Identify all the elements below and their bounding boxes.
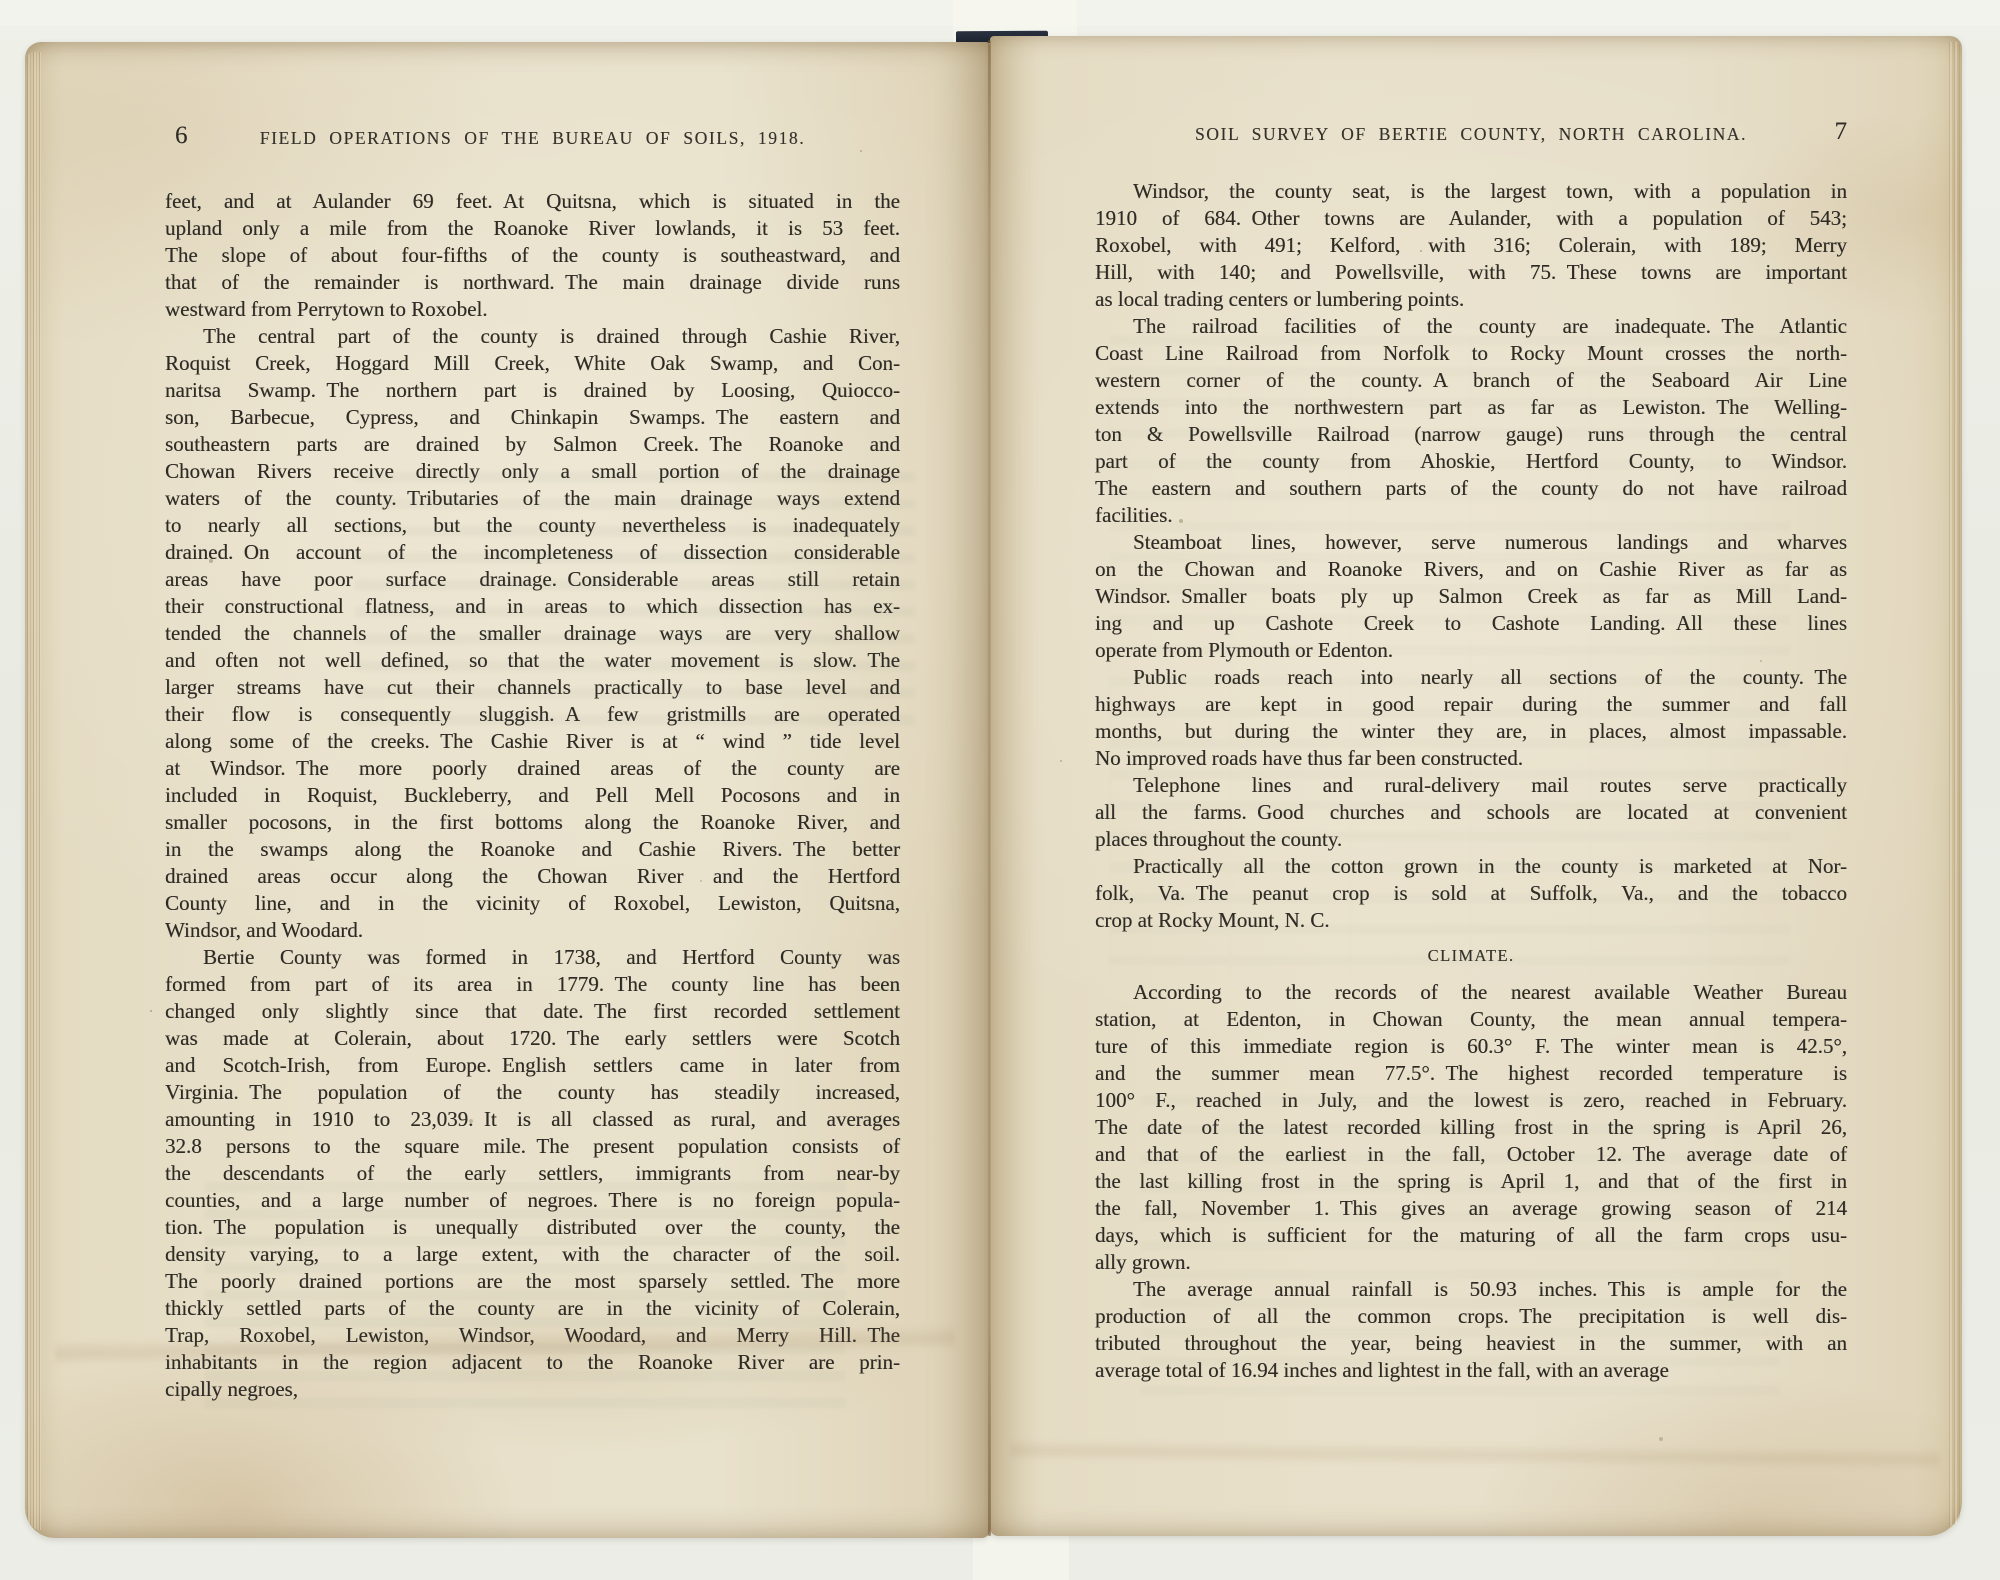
- text-line: counties, and a large number of negroes.…: [165, 1187, 900, 1214]
- text-line: County line, and in the vicinity of Roxo…: [165, 890, 900, 917]
- paragraph: The central part of the county is draine…: [165, 323, 900, 944]
- text-line: inhabitants in the region adjacent to th…: [165, 1349, 900, 1376]
- text-line: and Scotch-Irish, from Europe. English s…: [165, 1052, 900, 1079]
- text-line: as local trading centers or lumbering po…: [1095, 286, 1847, 313]
- text-line: ally grown.: [1095, 1249, 1847, 1276]
- text-line: at Windsor. The more poorly drained area…: [165, 755, 900, 782]
- text-line: months, but during the winter they are, …: [1095, 718, 1847, 745]
- text-line: days, which is sufficient for the maturi…: [1095, 1222, 1847, 1249]
- text-line: thickly settled parts of the county are …: [165, 1295, 900, 1322]
- text-line: drained areas occur along the Chowan Riv…: [165, 863, 900, 890]
- text-line: upland only a mile from the Roanoke Rive…: [165, 215, 900, 242]
- text-line: to nearly all sections, but the county n…: [165, 512, 900, 539]
- text-line: Hill, with 140; and Powellsville, with 7…: [1095, 259, 1847, 286]
- page-right-body: Windsor, the county seat, is the largest…: [1095, 178, 1847, 1384]
- page-number-right: 7: [1835, 118, 1848, 146]
- text-line: feet, and at Aulander 69 feet. At Quitsn…: [165, 188, 900, 215]
- text-line: Chowan Rivers receive directly only a sm…: [165, 458, 900, 485]
- paragraph: Practically all the cotton grown in the …: [1095, 853, 1847, 934]
- text-line: in the swamps along the Roanoke and Cash…: [165, 836, 900, 863]
- running-head-right: SOIL SURVEY OF BERTIE COUNTY, NORTH CARO…: [1095, 124, 1847, 154]
- text-line: western corner of the county. A branch o…: [1095, 367, 1847, 394]
- text-line: ing and up Cashote Creek to Cashote Land…: [1095, 610, 1847, 637]
- text-line: and often not well defined, so that the …: [165, 647, 900, 674]
- text-line: The slope of about four-fifths of the co…: [165, 242, 900, 269]
- running-head-title-right: SOIL SURVEY OF BERTIE COUNTY, NORTH CARO…: [1095, 124, 1847, 145]
- text-line: areas have poor surface drainage. Consid…: [165, 566, 900, 593]
- text-line: that of the remainder is northward. The …: [165, 269, 900, 296]
- text-line: 100° F., reached in July, and the lowest…: [1095, 1087, 1847, 1114]
- text-line: part of the county from Ahoskie, Hertfor…: [1095, 448, 1847, 475]
- text-line: 1910 of 684. Other towns are Aulander, w…: [1095, 205, 1847, 232]
- text-line: their flow is consequently sluggish. A f…: [165, 701, 900, 728]
- page-right: SOIL SURVEY OF BERTIE COUNTY, NORTH CARO…: [990, 36, 1962, 1536]
- text-line: their constructional flatness, and in ar…: [165, 593, 900, 620]
- text-line: Windsor, and Woodard.: [165, 917, 900, 944]
- text-line: station, at Edenton, in Chowan County, t…: [1095, 1006, 1847, 1033]
- section-heading: CLIMATE.: [1095, 944, 1847, 968]
- text-line: tributed throughout the year, being heav…: [1095, 1330, 1847, 1357]
- text-line: Roxobel, with 491; Kelford, with 316; Co…: [1095, 232, 1847, 259]
- text-line: According to the records of the nearest …: [1095, 979, 1847, 1006]
- text-line: cipally negroes,: [165, 1376, 900, 1403]
- paragraph: Public roads reach into nearly all secti…: [1095, 664, 1847, 772]
- text-line: smaller pocosons, in the first bottoms a…: [165, 809, 900, 836]
- text-line: ture of this immediate region is 60.3° F…: [1095, 1033, 1847, 1060]
- text-line: son, Barbecue, Cypress, and Chinkapin Sw…: [165, 404, 900, 431]
- text-line: Coast Line Railroad from Norfolk to Rock…: [1095, 340, 1847, 367]
- text-line: facilities.: [1095, 502, 1847, 529]
- text-line: westward from Perrytown to Roxobel.: [165, 296, 900, 323]
- text-line: crop at Rocky Mount, N. C.: [1095, 907, 1847, 934]
- text-line: average total of 16.94 inches and lighte…: [1095, 1357, 1847, 1384]
- paragraph: Windsor, the county seat, is the largest…: [1095, 178, 1847, 313]
- text-line: changed only slightly since that date. T…: [165, 998, 900, 1025]
- running-head-left: 6 FIELD OPERATIONS OF THE BUREAU OF SOIL…: [165, 128, 900, 158]
- text-line: places throughout the county.: [1095, 826, 1847, 853]
- text-line: Roquist Creek, Hoggard Mill Creek, White…: [165, 350, 900, 377]
- text-line: production of all the common crops. The …: [1095, 1303, 1847, 1330]
- text-line: Windsor, the county seat, is the largest…: [1095, 178, 1847, 205]
- text-line: Windsor. Smaller boats ply up Salmon Cre…: [1095, 583, 1847, 610]
- text-line: Telephone lines and rural-delivery mail …: [1095, 772, 1847, 799]
- text-line: along some of the creeks. The Cashie Riv…: [165, 728, 900, 755]
- text-line: amounting in 1910 to 23,039. It is all c…: [165, 1106, 900, 1133]
- text-line: included in Roquist, Buckleberry, and Pe…: [165, 782, 900, 809]
- page-left: 6 FIELD OPERATIONS OF THE BUREAU OF SOIL…: [25, 42, 990, 1538]
- paragraph: According to the records of the nearest …: [1095, 979, 1847, 1276]
- paragraph: Steamboat lines, however, serve numerous…: [1095, 529, 1847, 664]
- paper-wrinkle: [1010, 1439, 1940, 1471]
- text-line: was made at Colerain, about 1720. The ea…: [165, 1025, 900, 1052]
- text-line: Trap, Roxobel, Lewiston, Windsor, Woodar…: [165, 1322, 900, 1349]
- text-line: waters of the county. Tributaries of the…: [165, 485, 900, 512]
- text-line: The railroad facilities of the county ar…: [1095, 313, 1847, 340]
- text-line: formed from part of its area in 1779. Th…: [165, 971, 900, 998]
- book-gutter-crease: [988, 40, 991, 1536]
- text-line: and the summer mean 77.5°. The highest r…: [1095, 1060, 1847, 1087]
- text-line: Practically all the cotton grown in the …: [1095, 853, 1847, 880]
- text-line: the last killing frost in the spring is …: [1095, 1168, 1847, 1195]
- paragraph: The railroad facilities of the county ar…: [1095, 313, 1847, 529]
- text-line: the descendants of the early settlers, i…: [165, 1160, 900, 1187]
- page-left-body: feet, and at Aulander 69 feet. At Quitsn…: [165, 188, 900, 1403]
- text-line: No improved roads have thus far been con…: [1095, 745, 1847, 772]
- book-spread: 6 FIELD OPERATIONS OF THE BUREAU OF SOIL…: [25, 36, 1962, 1538]
- text-line: folk, Va. The peanut crop is sold at Suf…: [1095, 880, 1847, 907]
- text-line: The central part of the county is draine…: [165, 323, 900, 350]
- text-line: Steamboat lines, however, serve numerous…: [1095, 529, 1847, 556]
- text-line: Virginia. The population of the county h…: [165, 1079, 900, 1106]
- text-line: the fall, November 1. This gives an aver…: [1095, 1195, 1847, 1222]
- text-line: The eastern and southern parts of the co…: [1095, 475, 1847, 502]
- paragraph: Telephone lines and rural-delivery mail …: [1095, 772, 1847, 853]
- scanned-book-page: { "colors": { "paper": "#e8e0ca", "paper…: [0, 0, 2000, 1580]
- text-line: naritsa Swamp. The northern part is drai…: [165, 377, 900, 404]
- text-line: density varying, to a large extent, with…: [165, 1241, 900, 1268]
- text-line: southeastern parts are drained by Salmon…: [165, 431, 900, 458]
- running-head-title-left: FIELD OPERATIONS OF THE BUREAU OF SOILS,…: [165, 128, 900, 149]
- text-line: Public roads reach into nearly all secti…: [1095, 664, 1847, 691]
- text-line: operate from Plymouth or Edenton.: [1095, 637, 1847, 664]
- paper-specks: [0, 0, 2, 2]
- text-line: tended the channels of the smaller drain…: [165, 620, 900, 647]
- text-line: all the farms. Good churches and schools…: [1095, 799, 1847, 826]
- text-line: The poorly drained portions are the most…: [165, 1268, 900, 1295]
- text-line: and that of the earliest in the fall, Oc…: [1095, 1141, 1847, 1168]
- text-line: extends into the northwestern part as fa…: [1095, 394, 1847, 421]
- text-line: Bertie County was formed in 1738, and He…: [165, 944, 900, 971]
- paragraph: The average annual rainfall is 50.93 inc…: [1095, 1276, 1847, 1384]
- text-line: 32.8 persons to the square mile. The pre…: [165, 1133, 900, 1160]
- text-line: ton & Powellsville Railroad (narrow gaug…: [1095, 421, 1847, 448]
- text-line: The average annual rainfall is 50.93 inc…: [1095, 1276, 1847, 1303]
- text-line: The date of the latest recorded killing …: [1095, 1114, 1847, 1141]
- text-line: drained. On account of the incompletenes…: [165, 539, 900, 566]
- text-line: tion. The population is unequally distri…: [165, 1214, 900, 1241]
- text-line: larger streams have cut their channels p…: [165, 674, 900, 701]
- paragraph: feet, and at Aulander 69 feet. At Quitsn…: [165, 188, 900, 323]
- text-line: on the Chowan and Roanoke Rivers, and on…: [1095, 556, 1847, 583]
- backing-paper-strip-bottom: [973, 1536, 1069, 1580]
- paragraph: Bertie County was formed in 1738, and He…: [165, 944, 900, 1403]
- text-line: highways are kept in good repair during …: [1095, 691, 1847, 718]
